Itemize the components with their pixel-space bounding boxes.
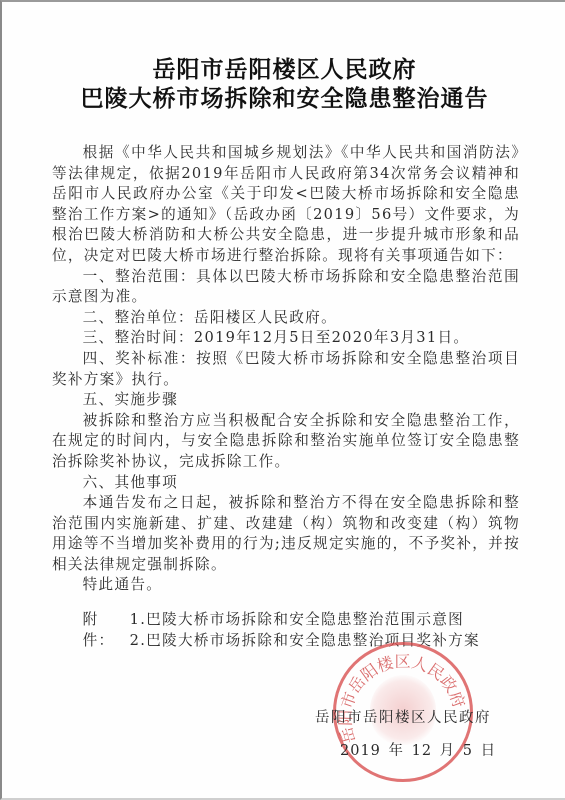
section-1: 一、整治范围：具体以巴陵大桥市场拆除和安全隐患整治范围示意图为准。	[52, 267, 520, 308]
section-5-heading: 五、实施步骤	[52, 390, 520, 411]
closing-statement: 特此通告。	[52, 575, 520, 596]
section-heading: 二、整治单位：	[83, 309, 194, 326]
section-heading: 三、整治时间：	[83, 329, 194, 346]
section-heading: 五、实施步骤	[83, 391, 178, 408]
section-5-text: 被拆除和整治方应当积极配合安全拆除和安全隐患整治工作，在规定的时间内，与安全隐患…	[52, 411, 520, 473]
document-title: 巴陵大桥市场拆除和安全隐患整治通告	[2, 84, 565, 114]
document-body: 根据《中华人民共和国城乡规划法》《中华人民共和国消防法》等法律规定，依据2019…	[52, 143, 520, 651]
section-2: 二、整治单位：岳阳楼区人民政府。	[52, 308, 520, 329]
section-heading: 一、整治范围：	[83, 268, 196, 285]
section-heading: 四、奖补标准：	[83, 350, 196, 367]
section-6-heading: 六、其他事项	[52, 473, 520, 494]
attachment-item: 1.巴陵大桥市场拆除和安全隐患整治范围示意图	[130, 610, 480, 631]
document-issuer-title: 岳阳市岳阳楼区人民政府	[2, 55, 565, 85]
svg-text:岳阳市岳阳楼区人民政府: 岳阳市岳阳楼区人民政府	[336, 652, 469, 746]
section-text: 岳阳楼区人民政府。	[194, 309, 337, 326]
attachments-label: 附件：	[83, 610, 130, 651]
section-text: 2019年12月5日至2020年3月31日。	[194, 329, 469, 346]
section-3: 三、整治时间：2019年12月5日至2020年3月31日。	[52, 328, 520, 349]
section-6-text: 本通告发布之日起，被拆除和整治方不得在安全隐患拆除和整治范围内实施新建、扩建、改…	[52, 493, 520, 575]
intro-paragraph: 根据《中华人民共和国城乡规划法》《中华人民共和国消防法》等法律规定，依据2019…	[52, 143, 520, 267]
document-page: 岳阳市岳阳楼区人民政府 巴陵大桥市场拆除和安全隐患整治通告 根据《中华人民共和国…	[0, 0, 565, 800]
signature-issuer: 岳阳市岳阳楼区人民政府	[315, 706, 491, 727]
signature-date: 2019 年 12 月 5 日	[340, 739, 496, 760]
seal-text: 岳阳市岳阳楼区人民政府	[336, 652, 469, 746]
section-4: 四、奖补标准：按照《巴陵大桥市场拆除和安全隐患整治项目奖补方案》执行。	[52, 349, 520, 390]
section-heading: 六、其他事项	[83, 474, 178, 491]
